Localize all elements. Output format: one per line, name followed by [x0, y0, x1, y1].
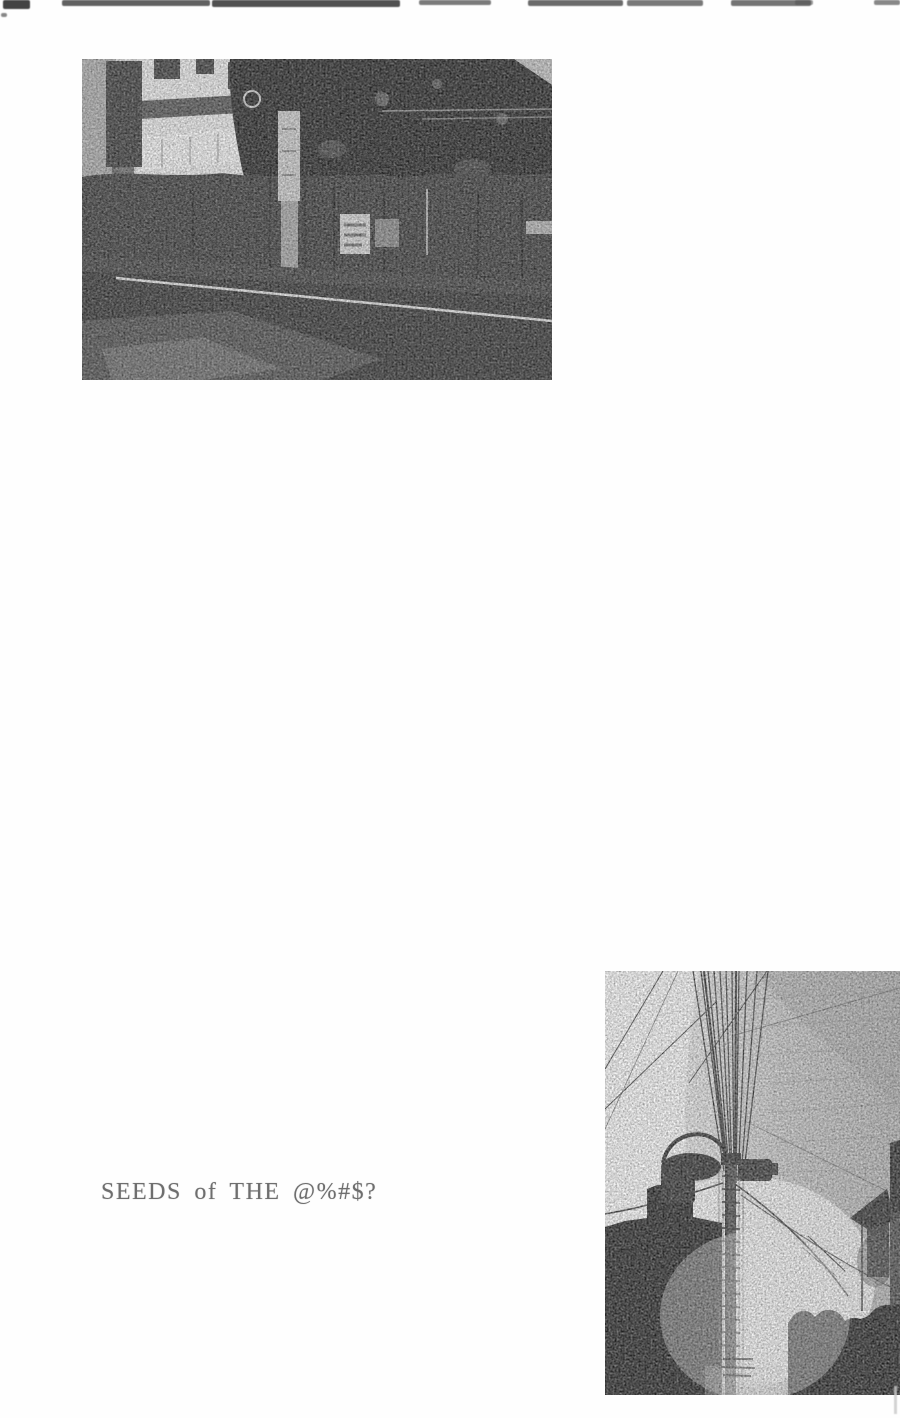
- utility-pole-art: [605, 971, 900, 1395]
- toner-mark: [795, 0, 813, 5]
- toner-mark: [62, 0, 210, 6]
- toner-mark: [419, 0, 491, 5]
- toner-mark: [3, 0, 30, 9]
- toner-mark: [627, 0, 703, 6]
- scanned-zine-page: SEEDS of THE @%#$?: [0, 0, 900, 1418]
- toner-mark: [874, 0, 900, 5]
- corner-toner-mark: [894, 1386, 897, 1414]
- street-scene-art: [82, 59, 552, 380]
- street-scene-photo: [82, 59, 552, 380]
- toner-mark: [1, 13, 7, 17]
- toner-mark: [212, 0, 400, 7]
- scan-edge-artifacts: [0, 0, 900, 14]
- toner-mark: [528, 0, 623, 6]
- caption-seeds-of-the: SEEDS of THE @%#$?: [101, 1180, 377, 1204]
- utility-pole-photo: [605, 971, 900, 1395]
